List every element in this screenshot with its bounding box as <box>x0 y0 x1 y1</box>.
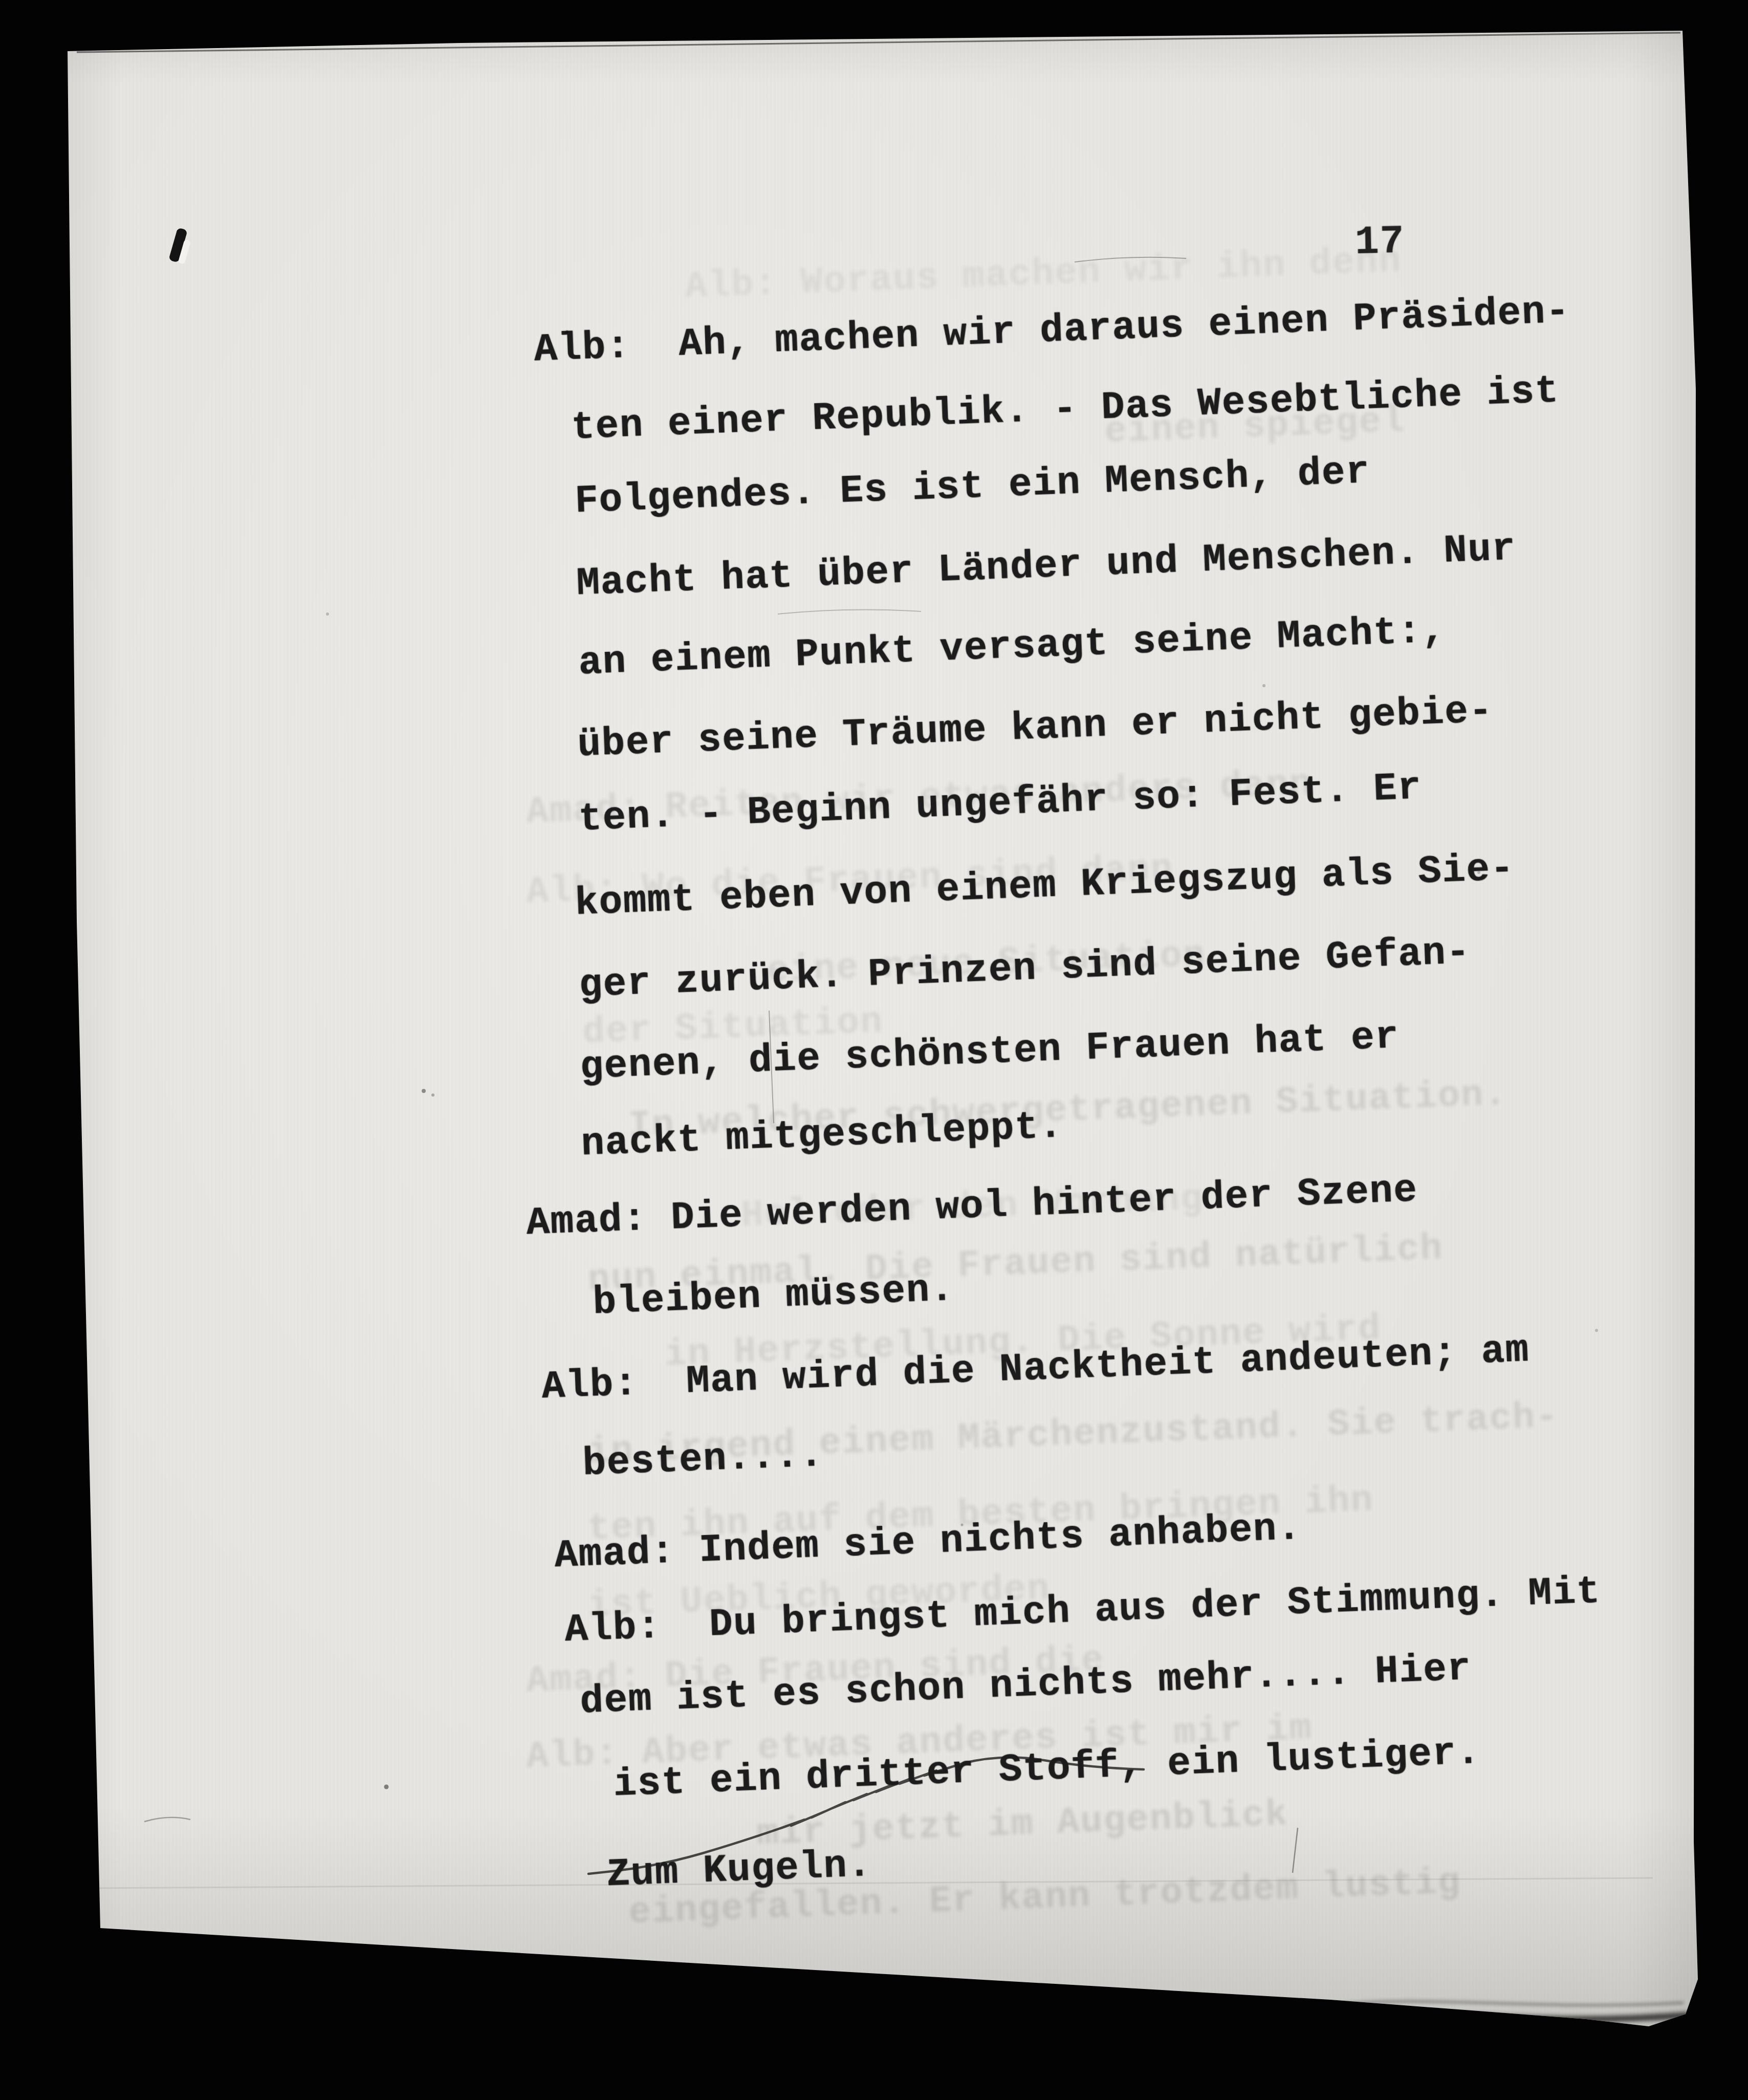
dust-speck <box>431 1093 434 1097</box>
dust-speck <box>1595 1329 1598 1332</box>
dust-speck <box>384 1785 389 1789</box>
typescript-page: 17 Alb: Woraus machen wir ihn denneinen … <box>0 0 1748 2100</box>
ink-blot <box>168 228 191 265</box>
typescript-line-with-speaker: Amad: Die werden wol hinter der Szene <box>526 1171 1418 1243</box>
hairline-scratch <box>778 609 921 614</box>
dust-speck <box>326 612 329 616</box>
typescript-line: Folgendes. Es ist ein Mensch, der <box>574 452 1370 521</box>
typescript-line: über seine Träume kann er nicht gebie- <box>577 691 1494 764</box>
typescript-line: Macht hat über Länder und Menschen. Nur <box>576 529 1517 603</box>
dust-speck <box>422 1089 426 1093</box>
pencil-mark <box>144 1818 190 1822</box>
bottom-crease <box>1351 2015 1689 2021</box>
typescript-line: Zum Kugeln. <box>606 1846 872 1894</box>
typescript-line: ten einer Republik. - Das Wesebtliche is… <box>571 371 1560 447</box>
typescript-line: besten.... <box>582 1435 824 1483</box>
bleed-through-line: Alb: Woraus machen wir ihn denn <box>684 243 1402 305</box>
dust-speck <box>1262 684 1265 687</box>
page-top-edge-line <box>77 33 1680 52</box>
bottom-crease-echo <box>1330 2001 1684 2005</box>
vertical-scratch <box>1293 1828 1298 1873</box>
scanned-document-photo: 17 Alb: Woraus machen wir ihn denneinen … <box>0 0 1748 2100</box>
typescript-line: an einem Punkt versagt seine Macht:, <box>578 611 1447 683</box>
